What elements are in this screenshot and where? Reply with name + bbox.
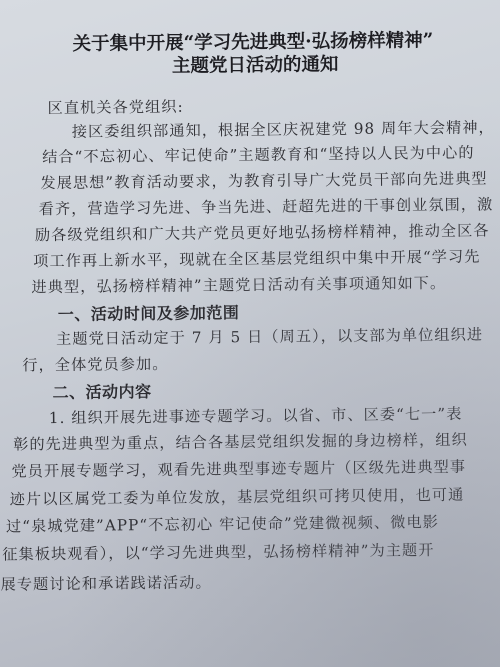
- section-2-item-1-line: 展专题讨论和承诺践诺活动。: [1, 571, 212, 594]
- section-2-item-1-line: 迹片以区属党工委为单位发放，基层党组织可拷贝使用，也可通: [10, 484, 465, 510]
- section-2-item-1-line: 1. 组织开展先进事迹专题学习。以省、市、区委“七一”表: [49, 403, 463, 428]
- document-title-line-2: 主题党日活动的通知: [5, 48, 500, 79]
- section-2-item-1-line: 征集板块观看），以“学习先进典型，弘扬榜样精神”为主题开: [2, 539, 434, 565]
- section-2-item-1-line: 彰的先进典型为重点，结合各基层党组织发掘的身边榜样，组织: [13, 429, 468, 455]
- section-1-line: 行，全体党员参加。: [22, 353, 168, 376]
- intro-line: 发展思想”教育活动要求，为教育引导广大党员干部向先进典型: [40, 168, 487, 194]
- section-1-heading: 一、活动时间及参加范围: [58, 300, 240, 325]
- section-1-line: 主题党日活动定于 7 月 5 日（周五），以支部为单位组织进: [56, 324, 483, 349]
- intro-line: 励各级党组织和广大共产党员更好地弘扬榜样精神，推动全区各: [35, 219, 490, 245]
- intro-line: 项工作再上新水平，现就在全区基层党组织中集中开展“学习先: [33, 246, 480, 272]
- intro-line: 进典型，弘扬榜样精神”主题党日活动有关事项通知如下。: [31, 272, 446, 297]
- section-2-item-1-line: 过“泉城党建”APP“不忘初心 牢记使命”党建微视频、微电影: [6, 511, 439, 537]
- salutation: 区直机关各党组织:: [48, 96, 184, 118]
- intro-line: 看齐，营造学习先进、争当先进、赶超先进的干事创业氛围，激: [39, 193, 494, 219]
- section-2-heading: 二、活动内容: [52, 379, 151, 403]
- intro-line: 结合“不忘初心、牢记使命”主题教育和“坚持以人民为中心的: [42, 142, 475, 168]
- section-2-item-1-line: 党员开展专题学习，观看先进典型事迹专题片（区级先进典型事: [11, 456, 466, 482]
- intro-line: 接区委组织部通知，根据全区庆祝建党 98 周年大会精神，: [72, 116, 495, 141]
- document-page: 关于集中开展“学习先进典型·弘扬榜样精神” 主题党日活动的通知 区直机关各党组织…: [0, 0, 500, 667]
